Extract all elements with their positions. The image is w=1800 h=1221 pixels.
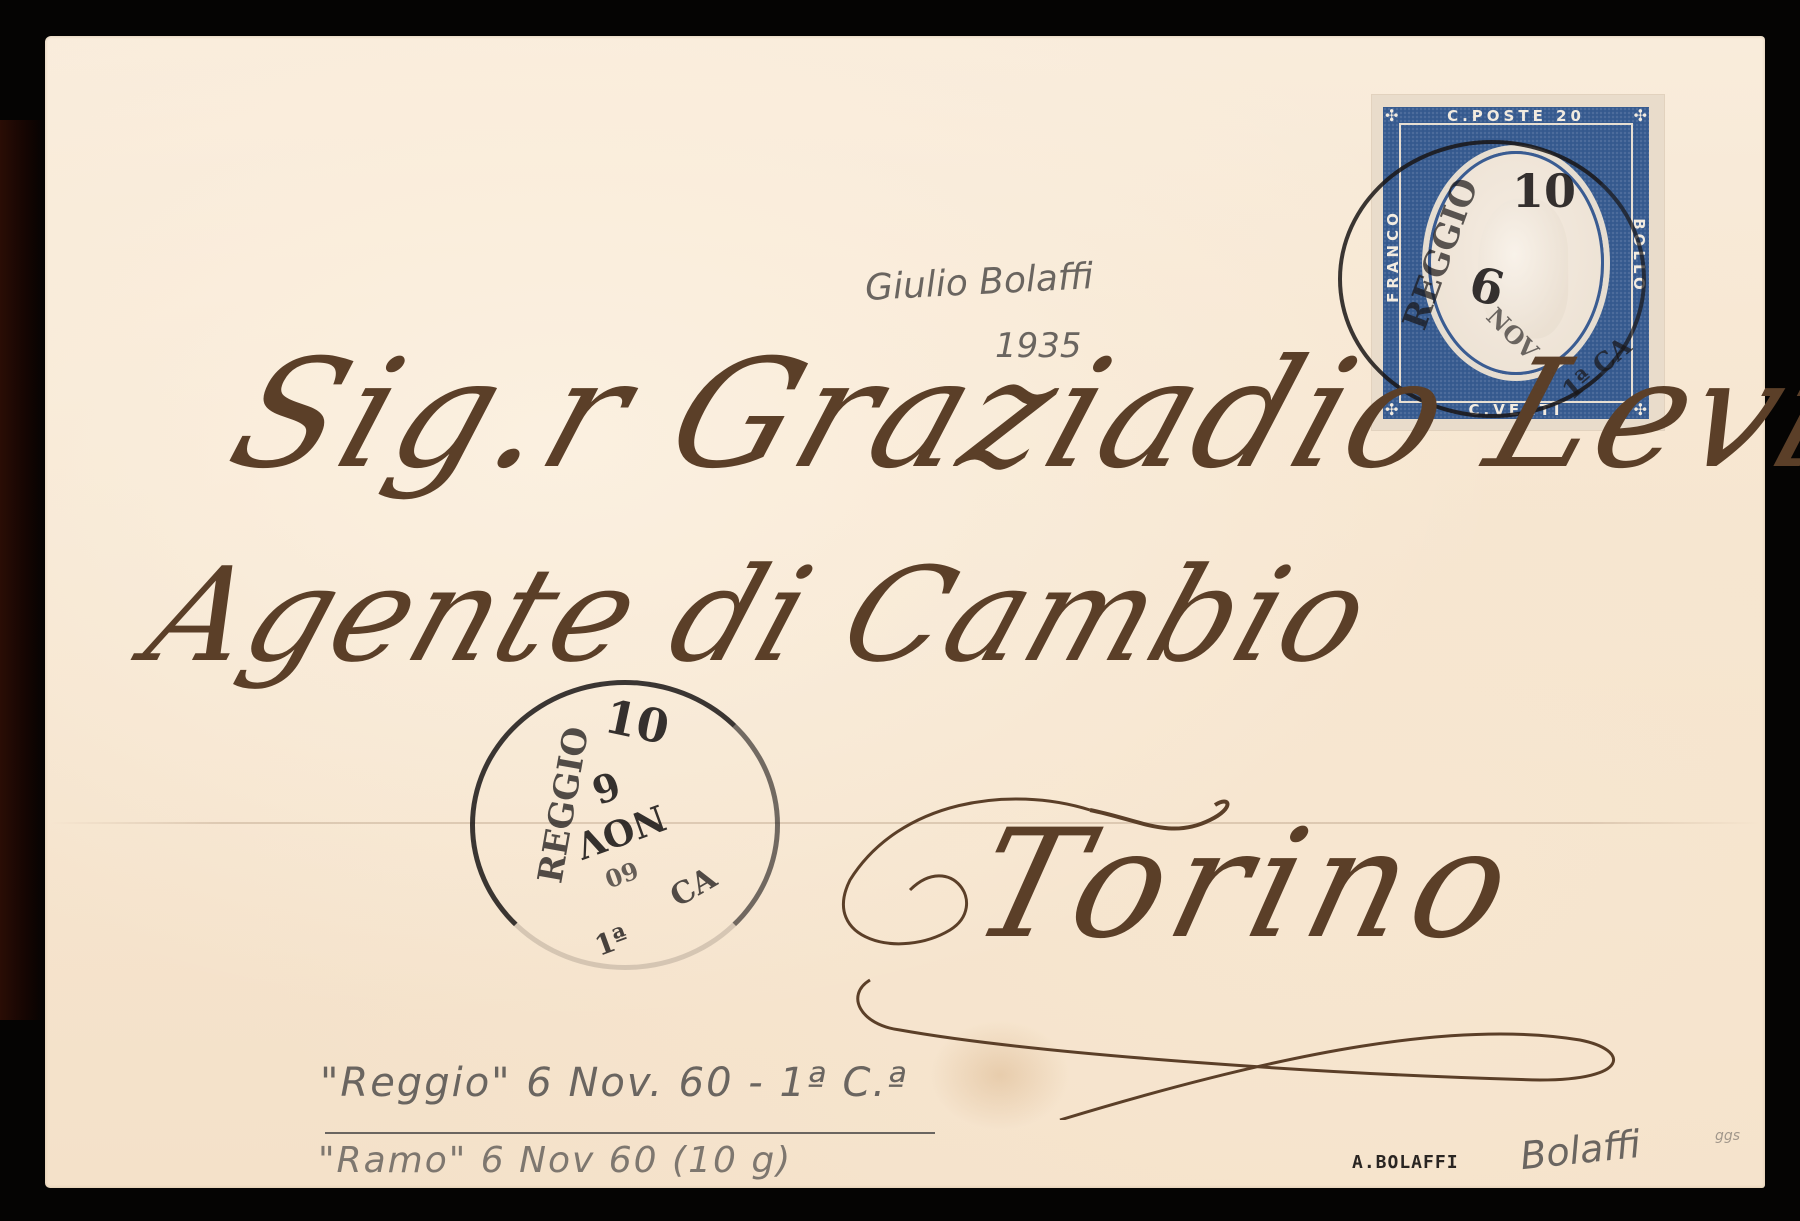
postmark-month: NOV <box>571 796 671 867</box>
background-shadow <box>0 120 45 1020</box>
address-recipient: Sig.r Graziadio Levi <box>216 340 1800 490</box>
expert-handstamp: A.BOLAFFI <box>1352 1152 1459 1173</box>
postmark-day: 6 <box>586 762 626 813</box>
departure-postmark: REGGIO 10 6 NOV 60 CA 1ª <box>470 680 780 970</box>
pencil-note-secondary: "Ramo" 6 Nov 60 (10 g) <box>318 1140 792 1181</box>
pencil-underline <box>325 1132 935 1134</box>
pencil-note-postmark-reading: "Reggio" 6 Nov. 60 - 1ª C.ª <box>320 1060 908 1106</box>
postmark-hour: 10 <box>1512 164 1576 218</box>
address-title: Agente di Cambio <box>134 550 1386 680</box>
postmark-year: 60 <box>601 855 642 894</box>
expert-tag: ggs <box>1715 1128 1740 1144</box>
postmark-extra: 1ª <box>590 920 632 962</box>
postmark-hour: 10 <box>600 689 674 755</box>
postmark-suffix: CA <box>664 861 722 915</box>
stamp-top-text: C.POSTE 20 <box>1383 107 1649 125</box>
address-city: Torino <box>961 810 1532 960</box>
